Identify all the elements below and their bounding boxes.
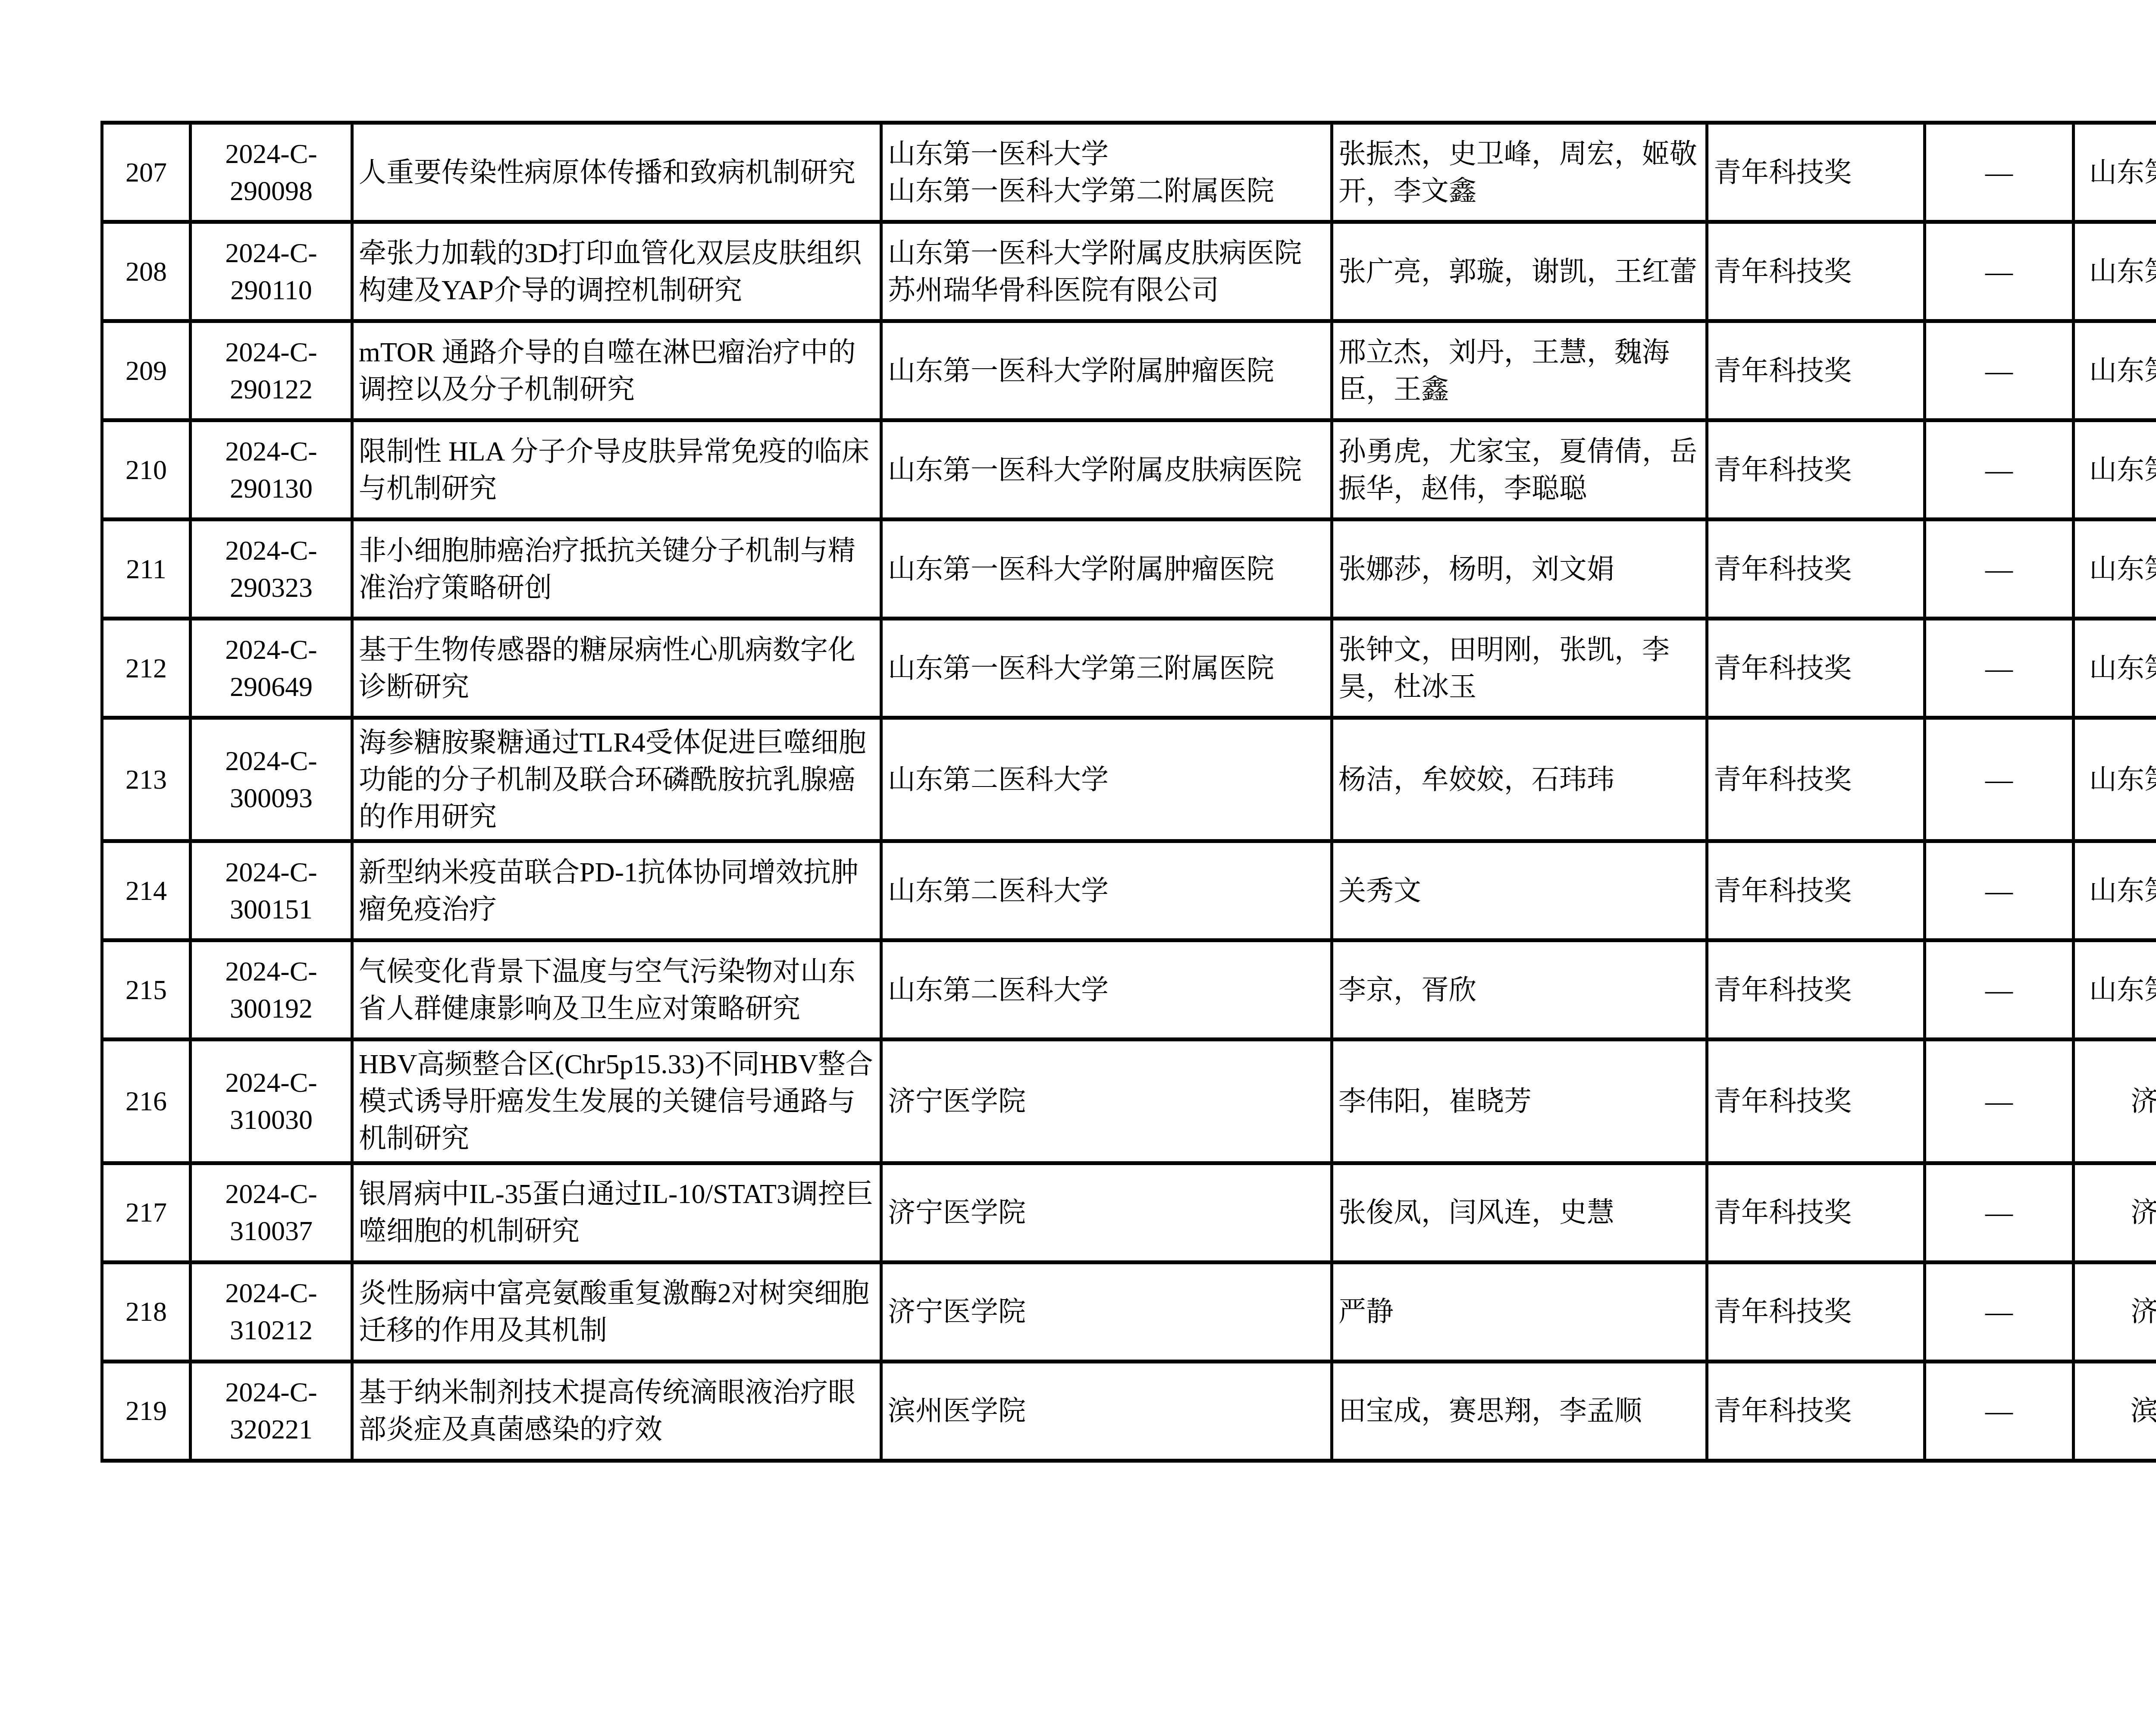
project-title-cell: mTOR 通路介导的自噬在淋巴瘤治疗中的调控以及分子机制研究 <box>352 321 881 420</box>
project-title-cell: 基于生物传感器的糖尿病性心肌病数字化诊断研究 <box>352 619 881 718</box>
project-code-cell: 2024-C- 320221 <box>191 1361 352 1460</box>
nomination-table: 207 2024-C- 290098 人重要传染性病原体传播和致病机制研究 山东… <box>100 121 2156 1463</box>
project-code-number: 290098 <box>230 175 313 206</box>
project-code-cell: 2024-C- 290649 <box>191 619 352 718</box>
table-row: 211 2024-C- 290323 非小细胞肺癌治疗抵抗关键分子机制与精准治疗… <box>102 520 2156 619</box>
table-row: 215 2024-C- 300192 气候变化背景下温度与空气污染物对山东省人群… <box>102 940 2156 1040</box>
serial-number-cell: 213 <box>102 718 191 841</box>
project-title-cell: 新型纳米疫苗联合PD-1抗体协同增效抗肿瘤免疫治疗 <box>352 841 881 940</box>
candidates-cell: 张娜莎，杨明，刘文娟 <box>1332 520 1707 619</box>
table-row: 213 2024-C- 300093 海参糖胺聚糖通过TLR4受体促进巨噬细胞功… <box>102 718 2156 841</box>
serial-number-cell: 210 <box>102 420 191 520</box>
candidates-cell: 杨洁，牟姣姣，石玮玮 <box>1332 718 1707 841</box>
award-category-cell: 青年科技奖 <box>1707 321 1925 420</box>
project-title-cell: HBV高频整合区(Chr5p15.33)不同HBV整合模式诱导肝癌发生发展的关键… <box>352 1040 881 1163</box>
award-category-cell: 青年科技奖 <box>1707 1262 1925 1361</box>
project-code-number: 310212 <box>230 1315 313 1345</box>
institution-line: 山东第一医科大学 <box>888 135 1325 172</box>
project-code-prefix: 2024-C- <box>225 634 317 665</box>
table-row: 210 2024-C- 290130 限制性 HLA 分子介导皮肤异常免疫的临床… <box>102 420 2156 520</box>
award-level-cell: — <box>1925 619 2074 718</box>
institution-line: 济宁医学院 <box>888 1293 1325 1330</box>
institution-line: 山东第一医科大学附属皮肤病医院 <box>888 235 1325 272</box>
completing-institutions-cell: 山东第一医科大学附属肿瘤医院 <box>881 520 1332 619</box>
serial-number-cell: 216 <box>102 1040 191 1163</box>
institution-line: 山东第二医科大学 <box>888 971 1325 1009</box>
completing-institutions-cell: 济宁医学院 <box>881 1262 1332 1361</box>
table-row: 212 2024-C- 290649 基于生物传感器的糖尿病性心肌病数字化诊断研… <box>102 619 2156 718</box>
award-category-cell: 青年科技奖 <box>1707 1040 1925 1163</box>
project-title-cell: 海参糖胺聚糖通过TLR4受体促进巨噬细胞功能的分子机制及联合环磷酰胺抗乳腺癌的作… <box>352 718 881 841</box>
award-category-cell: 青年科技奖 <box>1707 420 1925 520</box>
table-row: 207 2024-C- 290098 人重要传染性病原体传播和致病机制研究 山东… <box>102 123 2156 222</box>
project-code-number: 290122 <box>230 374 313 404</box>
award-level-cell: — <box>1925 1040 2074 1163</box>
completing-institutions-cell: 济宁医学院 <box>881 1040 1332 1163</box>
candidates-cell: 田宝成，赛思翔，李孟顺 <box>1332 1361 1707 1460</box>
nominating-institution-cell: 山东第一医科大学 <box>2074 520 2156 619</box>
project-code-cell: 2024-C- 290110 <box>191 222 352 321</box>
candidates-cell: 关秀文 <box>1332 841 1707 940</box>
project-code-prefix: 2024-C- <box>225 337 317 367</box>
institution-line: 滨州医学院 <box>888 1392 1325 1429</box>
project-code-cell: 2024-C- 310212 <box>191 1262 352 1361</box>
table-row: 216 2024-C- 310030 HBV高频整合区(Chr5p15.33)不… <box>102 1040 2156 1163</box>
completing-institutions-cell: 滨州医学院 <box>881 1361 1332 1460</box>
project-title-cell: 气候变化背景下温度与空气污染物对山东省人群健康影响及卫生应对策略研究 <box>352 940 881 1040</box>
completing-institutions-cell: 山东第一医科大学第三附属医院 <box>881 619 1332 718</box>
table-row: 217 2024-C- 310037 银屑病中IL-35蛋白通过IL-10/ST… <box>102 1163 2156 1262</box>
candidates-cell: 张振杰，史卫峰，周宏，姬敬开，李文鑫 <box>1332 123 1707 222</box>
award-category-cell: 青年科技奖 <box>1707 222 1925 321</box>
project-title-cell: 银屑病中IL-35蛋白通过IL-10/STAT3调控巨噬细胞的机制研究 <box>352 1163 881 1262</box>
table-row: 208 2024-C- 290110 牵张力加载的3D打印血管化双层皮肤组织构建… <box>102 222 2156 321</box>
nominating-institution-cell: 山东第二医科大学 <box>2074 940 2156 1040</box>
project-title-cell: 限制性 HLA 分子介导皮肤异常免疫的临床与机制研究 <box>352 420 881 520</box>
nominating-institution-cell: 济宁医学院 <box>2074 1262 2156 1361</box>
project-code-prefix: 2024-C- <box>225 1067 317 1098</box>
completing-institutions-cell: 山东第二医科大学 <box>881 841 1332 940</box>
project-code-prefix: 2024-C- <box>225 238 317 268</box>
award-level-cell: — <box>1925 841 2074 940</box>
project-code-cell: 2024-C- 300093 <box>191 718 352 841</box>
table-body: 207 2024-C- 290098 人重要传染性病原体传播和致病机制研究 山东… <box>102 123 2156 1461</box>
project-code-prefix: 2024-C- <box>225 138 317 169</box>
project-code-cell: 2024-C- 290122 <box>191 321 352 420</box>
table-row: 214 2024-C- 300151 新型纳米疫苗联合PD-1抗体协同增效抗肿瘤… <box>102 841 2156 940</box>
serial-number-cell: 208 <box>102 222 191 321</box>
nominating-institution-cell: 济宁医学院 <box>2074 1040 2156 1163</box>
candidates-cell: 李京，胥欣 <box>1332 940 1707 1040</box>
project-title-cell: 炎性肠病中富亮氨酸重复激酶2对树突细胞迁移的作用及其机制 <box>352 1262 881 1361</box>
serial-number-cell: 219 <box>102 1361 191 1460</box>
nominating-institution-cell: 山东第一医科大学 <box>2074 420 2156 520</box>
institution-line: 山东第一医科大学第三附属医院 <box>888 650 1325 687</box>
nominating-institution-cell: 山东第一医科大学 <box>2074 123 2156 222</box>
award-category-cell: 青年科技奖 <box>1707 841 1925 940</box>
project-code-prefix: 2024-C- <box>225 1178 317 1209</box>
project-code-cell: 2024-C- 290098 <box>191 123 352 222</box>
candidates-cell: 李伟阳，崔晓芳 <box>1332 1040 1707 1163</box>
institution-line: 济宁医学院 <box>888 1194 1325 1231</box>
institution-line: 山东第一医科大学附属肿瘤医院 <box>888 551 1325 588</box>
project-code-prefix: 2024-C- <box>225 436 317 467</box>
award-level-cell: — <box>1925 520 2074 619</box>
award-level-cell: — <box>1925 1361 2074 1460</box>
document-page: 207 2024-C- 290098 人重要传染性病原体传播和致病机制研究 山东… <box>0 0 2156 1711</box>
completing-institutions-cell: 山东第一医科大学附属皮肤病医院 <box>881 420 1332 520</box>
project-code-number: 320221 <box>230 1414 313 1445</box>
institution-line: 山东第二医科大学 <box>888 761 1325 798</box>
award-category-cell: 青年科技奖 <box>1707 123 1925 222</box>
award-level-cell: — <box>1925 1163 2074 1262</box>
nominating-institution-cell: 山东第一医科大学 <box>2074 321 2156 420</box>
serial-number-cell: 212 <box>102 619 191 718</box>
award-level-cell: — <box>1925 123 2074 222</box>
institution-line: 苏州瑞华骨科医院有限公司 <box>888 272 1325 309</box>
award-level-cell: — <box>1925 940 2074 1040</box>
institution-line: 济宁医学院 <box>888 1083 1325 1120</box>
completing-institutions-cell: 山东第二医科大学 <box>881 718 1332 841</box>
completing-institutions-cell: 山东第一医科大学附属肿瘤医院 <box>881 321 1332 420</box>
project-code-number: 290323 <box>230 572 313 603</box>
project-code-number: 290130 <box>230 473 313 504</box>
serial-number-cell: 215 <box>102 940 191 1040</box>
nominating-institution-cell: 山东第一医科大学 <box>2074 222 2156 321</box>
table-row: 209 2024-C- 290122 mTOR 通路介导的自噬在淋巴瘤治疗中的调… <box>102 321 2156 420</box>
nominating-institution-cell: 山东第二医科大学 <box>2074 718 2156 841</box>
project-code-prefix: 2024-C- <box>225 746 317 776</box>
completing-institutions-cell: 山东第一医科大学附属皮肤病医院苏州瑞华骨科医院有限公司 <box>881 222 1332 321</box>
project-title-cell: 基于纳米制剂技术提高传统滴眼液治疗眼部炎症及真菌感染的疗效 <box>352 1361 881 1460</box>
project-code-prefix: 2024-C- <box>225 1377 317 1407</box>
nominating-institution-cell: 山东第二医科大学 <box>2074 841 2156 940</box>
project-code-cell: 2024-C- 310030 <box>191 1040 352 1163</box>
serial-number-cell: 217 <box>102 1163 191 1262</box>
project-code-number: 290649 <box>230 671 313 702</box>
completing-institutions-cell: 山东第一医科大学山东第一医科大学第二附属医院 <box>881 123 1332 222</box>
candidates-cell: 张钟文，田明刚，张凯，李昊，杜冰玉 <box>1332 619 1707 718</box>
award-category-cell: 青年科技奖 <box>1707 1163 1925 1262</box>
award-level-cell: — <box>1925 420 2074 520</box>
serial-number-cell: 218 <box>102 1262 191 1361</box>
award-category-cell: 青年科技奖 <box>1707 940 1925 1040</box>
award-level-cell: — <box>1925 1262 2074 1361</box>
serial-number-cell: 207 <box>102 123 191 222</box>
project-code-number: 310030 <box>230 1104 313 1135</box>
institution-line: 山东第一医科大学第二附属医院 <box>888 172 1325 210</box>
table-row: 218 2024-C- 310212 炎性肠病中富亮氨酸重复激酶2对树突细胞迁移… <box>102 1262 2156 1361</box>
award-category-cell: 青年科技奖 <box>1707 619 1925 718</box>
award-level-cell: — <box>1925 222 2074 321</box>
award-category-cell: 青年科技奖 <box>1707 718 1925 841</box>
project-code-number: 290110 <box>230 275 312 305</box>
completing-institutions-cell: 济宁医学院 <box>881 1163 1332 1262</box>
serial-number-cell: 209 <box>102 321 191 420</box>
candidates-cell: 孙勇虎，尤家宝，夏倩倩，岳振华，赵伟，李聪聪 <box>1332 420 1707 520</box>
serial-number-cell: 214 <box>102 841 191 940</box>
institution-line: 山东第一医科大学附属皮肤病医院 <box>888 451 1325 489</box>
project-title-cell: 非小细胞肺癌治疗抵抗关键分子机制与精准治疗策略研创 <box>352 520 881 619</box>
award-category-cell: 青年科技奖 <box>1707 520 1925 619</box>
nominating-institution-cell: 山东第一医科大学 <box>2074 619 2156 718</box>
nominating-institution-cell: 滨州医学院 <box>2074 1361 2156 1460</box>
candidates-cell: 严静 <box>1332 1262 1707 1361</box>
institution-line: 山东第二医科大学 <box>888 872 1325 909</box>
project-code-cell: 2024-C- 310037 <box>191 1163 352 1262</box>
award-category-cell: 青年科技奖 <box>1707 1361 1925 1460</box>
project-code-prefix: 2024-C- <box>225 1278 317 1308</box>
project-code-prefix: 2024-C- <box>225 956 317 987</box>
project-code-number: 300151 <box>230 894 313 924</box>
table-row: 219 2024-C- 320221 基于纳米制剂技术提高传统滴眼液治疗眼部炎症… <box>102 1361 2156 1460</box>
project-code-number: 310037 <box>230 1216 313 1246</box>
project-code-cell: 2024-C- 290130 <box>191 420 352 520</box>
candidates-cell: 张俊凤，闫风连，史慧 <box>1332 1163 1707 1262</box>
institution-line: 山东第一医科大学附属肿瘤医院 <box>888 352 1325 389</box>
award-level-cell: — <box>1925 321 2074 420</box>
completing-institutions-cell: 山东第二医科大学 <box>881 940 1332 1040</box>
project-code-number: 300192 <box>230 993 313 1024</box>
project-code-prefix: 2024-C- <box>225 535 317 566</box>
serial-number-cell: 211 <box>102 520 191 619</box>
project-code-cell: 2024-C- 300192 <box>191 940 352 1040</box>
candidates-cell: 邢立杰，刘丹，王慧，魏海臣，王鑫 <box>1332 321 1707 420</box>
project-code-cell: 2024-C- 300151 <box>191 841 352 940</box>
candidates-cell: 张广亮，郭璇，谢凯，王红蕾 <box>1332 222 1707 321</box>
project-code-number: 300093 <box>230 783 313 813</box>
nominating-institution-cell: 济宁医学院 <box>2074 1163 2156 1262</box>
project-title-cell: 人重要传染性病原体传播和致病机制研究 <box>352 123 881 222</box>
project-code-cell: 2024-C- 290323 <box>191 520 352 619</box>
award-level-cell: — <box>1925 718 2074 841</box>
project-code-prefix: 2024-C- <box>225 857 317 887</box>
project-title-cell: 牵张力加载的3D打印血管化双层皮肤组织构建及YAP介导的调控机制研究 <box>352 222 881 321</box>
